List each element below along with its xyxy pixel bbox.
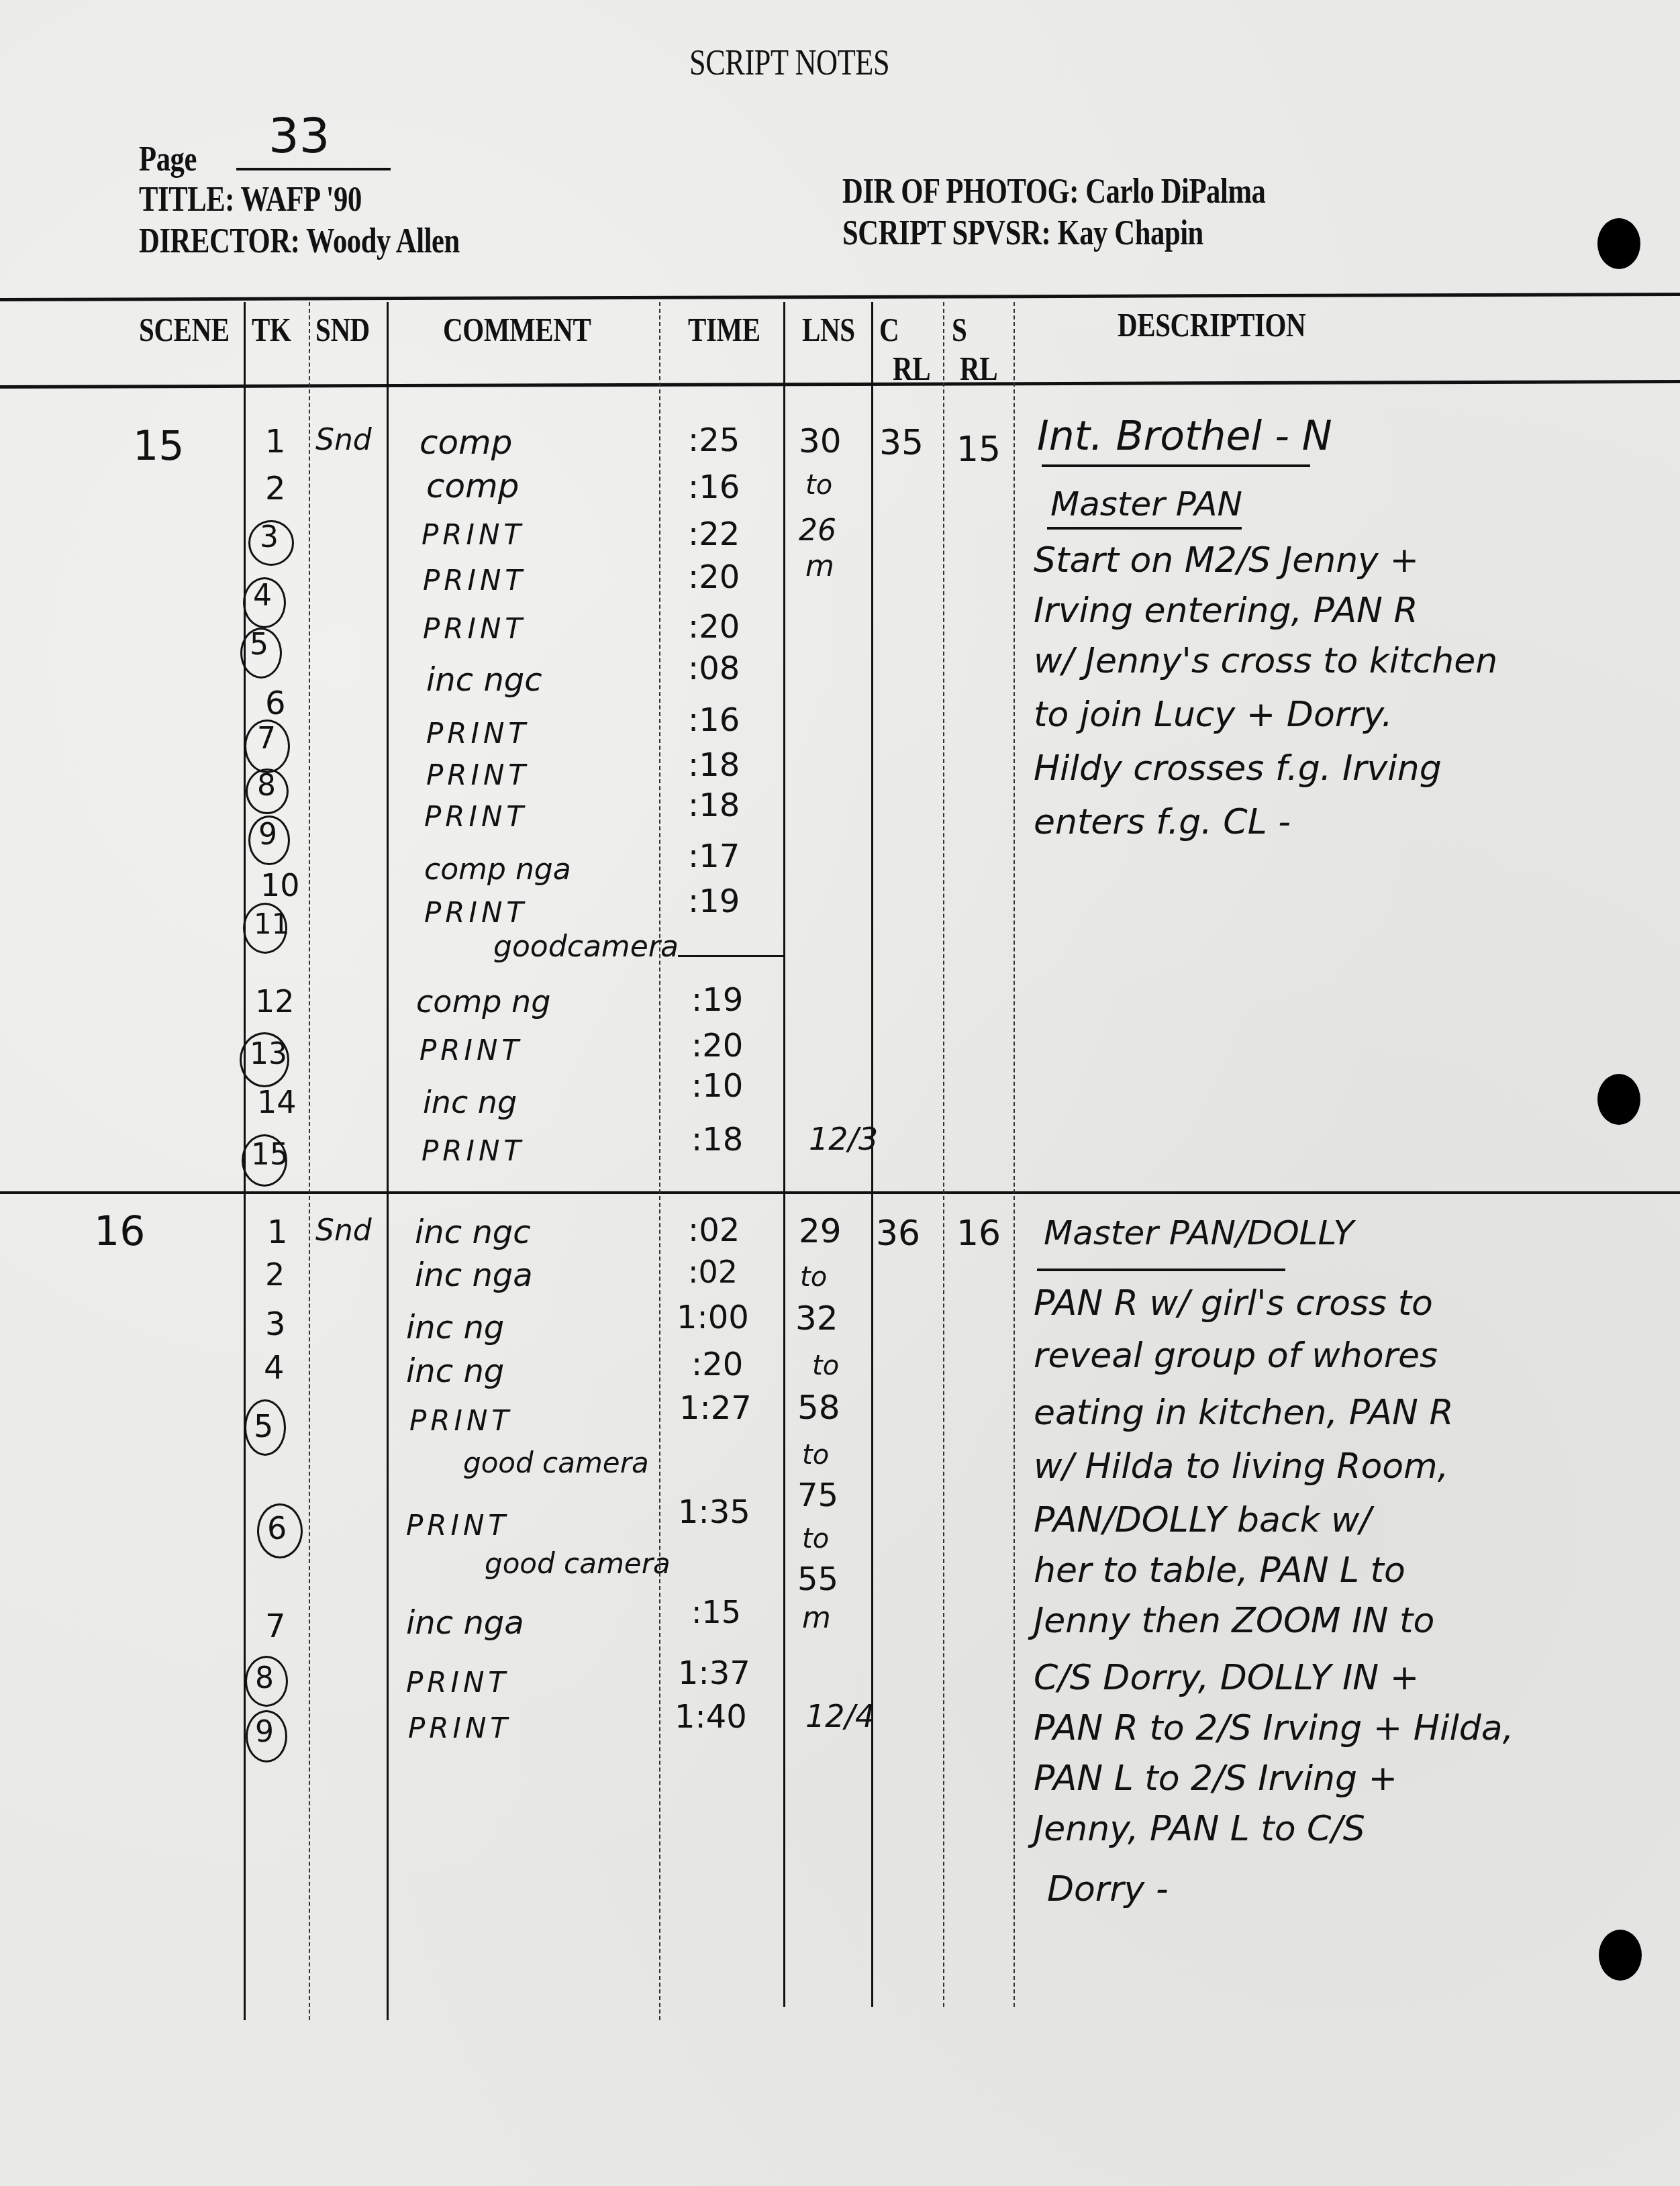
take-time: :16 — [688, 701, 740, 739]
col-line-time — [659, 302, 660, 2020]
take-number: 2 — [265, 470, 286, 507]
scene-number: 15 — [133, 423, 184, 470]
take-time: 1:00 — [677, 1299, 749, 1336]
take-time: :20 — [691, 1346, 743, 1383]
take-number: 12 — [255, 983, 295, 1020]
director-field: DIRECTOR: Woody Allen — [139, 221, 460, 261]
take-number: 2 — [265, 1256, 285, 1293]
take-comment: inc ng — [406, 1352, 504, 1390]
title-field: TITLE: WAFP '90 — [139, 180, 362, 219]
supervisor-label: SCRIPT SPVSR: — [842, 214, 1050, 252]
take-comment: PRINT — [424, 800, 528, 833]
take-time: :10 — [691, 1067, 743, 1105]
col-header-snd: SND — [315, 310, 370, 349]
description-line: w/ Hilda to living Room, — [1034, 1446, 1448, 1487]
description-line: eating in kitchen, PAN R — [1034, 1393, 1454, 1433]
take-comment: comp ng — [416, 983, 550, 1020]
take-number: 8 — [255, 1661, 274, 1695]
take-time: :02 — [688, 1211, 740, 1249]
director-value: Woody Allen — [306, 222, 460, 260]
take-comment: PRINT — [424, 896, 528, 929]
col-header-scene: SCENE — [139, 310, 230, 349]
description-line: Irving entering, PAN R — [1034, 591, 1418, 631]
take-comment: inc ng — [423, 1084, 517, 1120]
col-line-comment — [387, 302, 389, 2020]
col-header-tk: TK — [252, 310, 291, 349]
subheading-underline — [1047, 527, 1242, 530]
take-comment: inc ng — [406, 1309, 504, 1346]
lines-value: 55 — [797, 1560, 838, 1598]
take-number: 1 — [267, 1213, 288, 1251]
description-heading: Master PAN/DOLLY — [1044, 1213, 1354, 1252]
take-comment: PRINT — [406, 1509, 509, 1542]
take-comment: PRINT — [423, 612, 526, 645]
take-time: :22 — [688, 515, 740, 553]
take-time: :18 — [688, 746, 740, 784]
director-label: DIRECTOR: — [139, 222, 300, 260]
take-time: :18 — [691, 1121, 743, 1158]
description-line: Dorry - — [1047, 1869, 1169, 1909]
take-number: 15 — [251, 1138, 289, 1172]
take-time: 1:27 — [679, 1389, 752, 1427]
supervisor-value: Kay Chapin — [1057, 214, 1203, 252]
take-time: :20 — [688, 558, 740, 596]
dop-label: DIR OF PHOTOG: — [842, 172, 1079, 211]
lines-value: to — [800, 1262, 827, 1293]
take-number: 1 — [265, 423, 286, 460]
description-line: PAN/DOLLY back w/ — [1034, 1500, 1371, 1540]
take-comment: comp — [419, 423, 513, 462]
description-subheading: Master PAN — [1050, 485, 1242, 524]
take-number: 10 — [260, 867, 300, 903]
description-line: Jenny then ZOOM IN to — [1034, 1601, 1434, 1641]
take-comment: PRINT — [422, 518, 525, 551]
take-comment: PRINT — [422, 1134, 525, 1167]
take-number: 5 — [250, 628, 268, 662]
take-comment: inc ngc — [415, 1213, 531, 1251]
take-time: :08 — [688, 650, 740, 687]
take-number: 11 — [254, 907, 289, 940]
lines-value: 29 — [799, 1211, 842, 1250]
description-line: C/S Dorry, DOLLY IN + — [1034, 1658, 1419, 1698]
take-time: :15 — [691, 1594, 741, 1630]
take-comment: PRINT — [426, 758, 530, 791]
col-line-lns — [783, 302, 785, 2007]
take-number: 3 — [260, 520, 279, 554]
page-number: 33 — [268, 107, 330, 164]
description-line: PAN R to 2/S Irving + Hilda, — [1034, 1708, 1514, 1748]
take-comment: PRINT — [409, 1404, 513, 1437]
description-line: PAN L to 2/S Irving + — [1034, 1758, 1397, 1799]
supervisor-field: SCRIPT SPVSR: Kay Chapin — [842, 213, 1203, 253]
take-time: :17 — [688, 838, 740, 875]
take-comment: PRINT — [406, 1666, 509, 1699]
camera-roll: 36 — [876, 1213, 920, 1254]
col-header-description: DESCRIPTION — [1118, 305, 1305, 344]
description-line: reveal group of whores — [1034, 1336, 1438, 1376]
col-line-description — [1014, 302, 1015, 2007]
lines-value: 12/4 — [805, 1698, 875, 1734]
take-number: 9 — [258, 817, 277, 852]
col-header-c-rl-top: C — [879, 310, 899, 349]
note-underline — [678, 955, 785, 957]
take-time: :19 — [691, 981, 743, 1019]
take-note: good camera — [463, 1446, 649, 1479]
take-comment: inc nga — [415, 1256, 533, 1294]
take-comment: PRINT — [426, 717, 530, 750]
col-header-s-rl-top: S — [952, 310, 967, 349]
lines-value: to — [802, 1440, 829, 1471]
take-time: :20 — [688, 608, 740, 646]
description-line: Hildy crosses f.g. Irving — [1034, 748, 1442, 789]
binder-hole-top — [1597, 218, 1640, 269]
description-line: Start on M2/S Jenny + — [1034, 540, 1419, 581]
page-underline — [236, 168, 391, 170]
lines-value: 12/3 — [809, 1121, 878, 1157]
page-label: Page — [139, 140, 197, 179]
header-top-rule — [0, 293, 1680, 301]
dop-value: Carlo DiPalma — [1085, 172, 1265, 211]
col-header-c-rl-bottom: RL — [893, 349, 930, 388]
take-comment: PRINT — [408, 1711, 511, 1744]
sound-flag: Snd — [315, 1213, 372, 1248]
take-time: :02 — [688, 1254, 738, 1290]
lines-value: 30 — [799, 421, 842, 460]
take-comment: comp nga — [424, 852, 571, 887]
take-number: 6 — [267, 1510, 287, 1546]
take-time: :20 — [691, 1027, 743, 1064]
take-number: 8 — [257, 768, 276, 803]
take-comment: inc ngc — [426, 661, 542, 699]
form-heading: SCRIPT NOTES — [689, 42, 889, 83]
lines-value: m — [805, 549, 834, 583]
description-line: PAN R w/ girl's cross to — [1034, 1283, 1433, 1324]
header-bottom-rule — [0, 380, 1680, 389]
scene-divider-rule — [0, 1191, 1680, 1194]
col-header-s-rl-bottom: RL — [960, 349, 997, 388]
lines-value: 75 — [797, 1477, 838, 1514]
take-number: 7 — [257, 722, 276, 756]
lines-value: 58 — [797, 1388, 840, 1427]
camera-roll: 35 — [879, 423, 924, 463]
sound-roll: 15 — [956, 430, 1001, 470]
take-time: :19 — [688, 883, 740, 920]
binder-hole-middle — [1597, 1074, 1640, 1125]
description-line: w/ Jenny's cross to kitchen — [1034, 641, 1497, 681]
take-number: 4 — [253, 579, 272, 613]
sound-roll: 16 — [956, 1213, 1001, 1254]
take-comment: comp — [426, 466, 520, 505]
take-note: good camera — [485, 1547, 671, 1580]
title-label: TITLE: — [139, 181, 234, 219]
take-comment: inc nga — [406, 1604, 524, 1642]
col-header-lns: LNS — [802, 310, 855, 349]
take-time: :16 — [688, 468, 740, 506]
lines-value: 26 — [799, 513, 836, 548]
description-heading: Int. Brothel - N — [1037, 413, 1332, 460]
scene-number: 16 — [94, 1208, 145, 1255]
heading-underline — [1037, 1269, 1285, 1271]
take-time: :18 — [688, 787, 740, 824]
take-number: 9 — [255, 1715, 274, 1749]
take-time: 1:40 — [675, 1698, 747, 1736]
description-line: her to table, PAN L to — [1034, 1550, 1405, 1591]
dop-field: DIR OF PHOTOG: Carlo DiPalma — [842, 172, 1265, 211]
title-value: WAFP '90 — [241, 181, 362, 219]
lines-value: to — [805, 470, 832, 501]
binder-hole-bottom — [1599, 1930, 1642, 1981]
take-number: 14 — [257, 1084, 297, 1120]
col-line-srl — [943, 302, 944, 2007]
take-number: 6 — [265, 685, 286, 722]
take-number: 4 — [264, 1349, 285, 1387]
description-line: enters f.g. CL - — [1034, 802, 1291, 842]
take-time: 1:37 — [678, 1654, 750, 1692]
col-header-comment: COMMENT — [443, 310, 591, 349]
take-number: 5 — [254, 1408, 273, 1444]
lines-value: 32 — [795, 1299, 838, 1338]
heading-underline — [1042, 464, 1310, 467]
take-number: 13 — [250, 1037, 287, 1071]
take-note: goodcamera — [493, 930, 679, 964]
take-comment: PRINT — [419, 1034, 523, 1066]
description-line: Jenny, PAN L to C/S — [1034, 1809, 1365, 1849]
description-line: to join Lucy + Dorry. — [1034, 695, 1393, 735]
lines-value: to — [812, 1350, 839, 1381]
take-time: :25 — [688, 421, 740, 459]
col-header-time: TIME — [688, 310, 760, 349]
lines-value: m — [802, 1601, 831, 1635]
take-time: 1:35 — [678, 1493, 750, 1531]
lines-value: to — [802, 1524, 829, 1554]
take-number: 3 — [265, 1305, 286, 1343]
col-line-snd — [309, 302, 310, 2020]
take-number: 7 — [265, 1607, 286, 1645]
take-comment: PRINT — [423, 564, 526, 597]
sound-flag: Snd — [315, 423, 372, 457]
